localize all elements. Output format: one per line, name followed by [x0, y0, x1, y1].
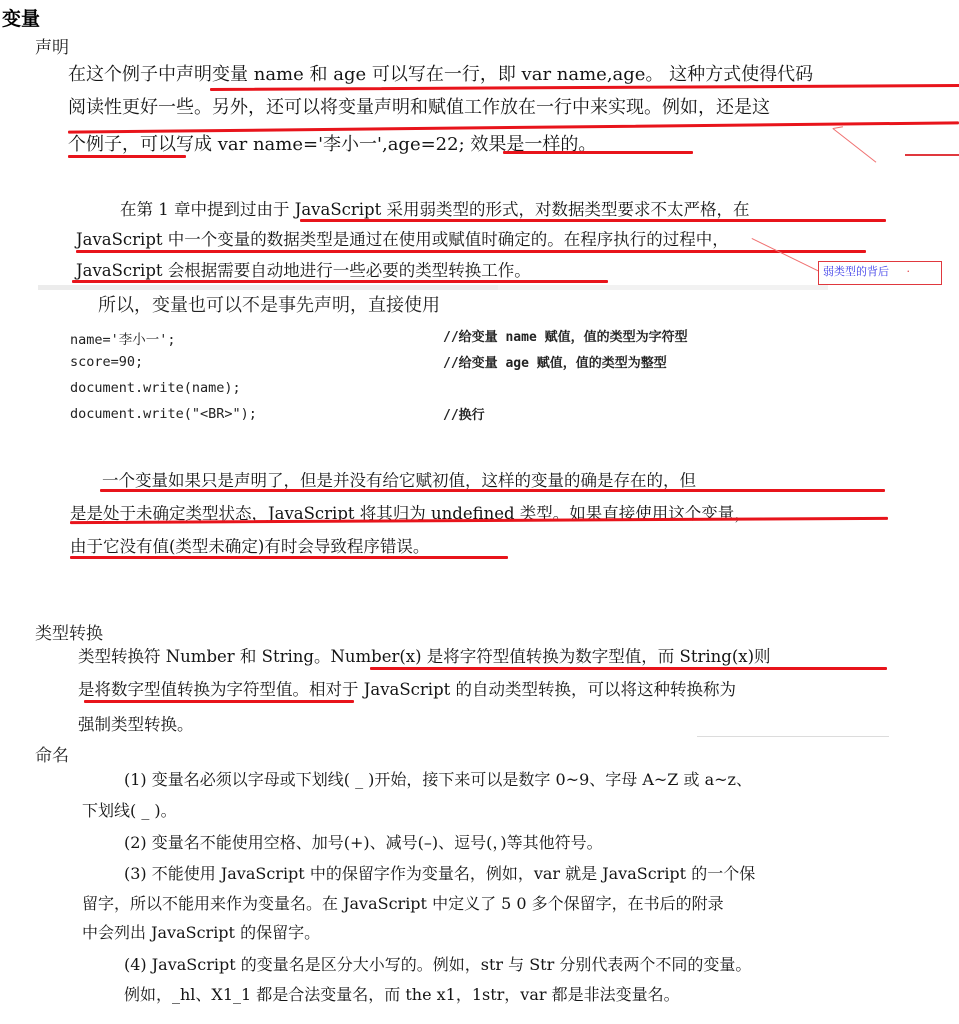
- text-line: 在这个例子中声明变量 name 和 age 可以写在一行，即 var name,…: [68, 60, 813, 86]
- scan-separator: [697, 736, 889, 737]
- scanned-paragraph-declaration: 在这个例子中声明变量 name 和 age 可以写在一行，即 var name,…: [68, 60, 959, 165]
- code-comment: //给变量 age 赋值，值的类型为整型: [443, 352, 667, 371]
- code-line: name='李小一';: [70, 328, 176, 348]
- text-line: 留字，所以不能用来作为变量名。在 JavaScript 中定义了 5 0 多个保…: [82, 891, 724, 914]
- list-item: (1) 变量名必须以字母或下划线( _ )开始，接下来可以是数字 0~9、字母 …: [124, 767, 752, 790]
- scan-edge-shadow: [498, 285, 828, 290]
- annotation-text: 弱类型的背后: [823, 265, 889, 278]
- code-line: score=90;: [70, 354, 143, 370]
- scanned-paragraph-weak-typing: 在第 1 章中提到过由于 JavaScript 采用弱类型的形式，对数据类型要求…: [76, 188, 916, 288]
- code-line: document.write("<BR>");: [70, 406, 257, 422]
- red-underline: [68, 155, 186, 158]
- text-line: 强制类型转换。: [78, 711, 194, 735]
- list-item: (3) 不能使用 JavaScript 中的保留字作为变量名，例如，var 就是…: [124, 861, 755, 884]
- list-item: (4) JavaScript 的变量名是区分大小写的。例如，str 与 Str …: [124, 952, 751, 975]
- text-line: 是将数字型值转换为字符型值。相对于 JavaScript 的自动类型转换，可以将…: [78, 676, 736, 700]
- red-underline: [100, 489, 885, 492]
- text-line: 阅读性更好一些。另外，还可以将变量声明和赋值工作放在一行中来实现。例如，还是这: [68, 93, 770, 119]
- annotation-dot: ·: [907, 265, 911, 278]
- section-heading-conversion: 类型转换: [35, 619, 103, 644]
- red-underline: [370, 667, 887, 670]
- red-underline: [76, 250, 866, 253]
- text-line: 中会列出 JavaScript 的保留字。: [82, 920, 320, 943]
- scanned-paragraph-naming-rules: (1) 变量名必须以字母或下划线( _ )开始，接下来可以是数字 0~9、字母 …: [82, 767, 942, 1024]
- text-line: 下划线( _ )。: [82, 798, 177, 821]
- text-line: 在第 1 章中提到过由于 JavaScript 采用弱类型的形式，对数据类型要求…: [120, 196, 750, 220]
- code-comment: //换行: [443, 404, 485, 423]
- red-underline: [70, 556, 508, 559]
- section-heading-naming: 命名: [35, 741, 69, 766]
- plain-text-line: 所以，变量也可以不是事先声明，直接使用: [98, 291, 440, 317]
- text-line: 由于它没有值(类型未确定)有时会导致程序错误。: [70, 533, 429, 557]
- scanned-paragraph-conversion: 类型转换符 Number 和 String。Number(x) 是将字符型值转换…: [78, 643, 898, 743]
- page-title: 变量: [2, 4, 40, 31]
- red-underline: [72, 280, 608, 283]
- annotation-box-edge: [905, 154, 959, 156]
- red-underline: [84, 700, 354, 703]
- text-line: 一个变量如果只是声明了，但是并没有给它赋初值，这样的变量的确是存在的，但: [102, 467, 696, 491]
- section-heading-declaration: 声明: [35, 33, 69, 58]
- red-underline: [503, 151, 693, 154]
- code-comment: //给变量 name 赋值，值的类型为字符型: [443, 326, 688, 345]
- list-item: (2) 变量名不能使用空格、加号(+)、减号(–)、逗号(，)等其他符号。: [124, 830, 603, 853]
- text-line: 类型转换符 Number 和 String。Number(x) 是将字符型值转换…: [78, 643, 771, 667]
- scan-edge-shadow: [38, 285, 498, 290]
- annotation-box: 弱类型的背后 ·: [818, 261, 942, 285]
- scanned-paragraph-undefined: 一个变量如果只是声明了，但是并没有给它赋初值，这样的变量的确是存在的，但 是是处…: [70, 467, 930, 567]
- code-line: document.write(name);: [70, 380, 241, 396]
- red-underline: [300, 219, 886, 222]
- text-line: 例如，_hl、X1_1 都是合法变量名，而 the x1，1str，var 都是…: [124, 982, 680, 1005]
- text-line: JavaScript 中一个变量的数据类型是通过在使用或赋值时确定的。在程序执行…: [76, 226, 729, 250]
- text-line: JavaScript 会根据需要自动地进行一些必要的类型转换工作。: [76, 257, 531, 281]
